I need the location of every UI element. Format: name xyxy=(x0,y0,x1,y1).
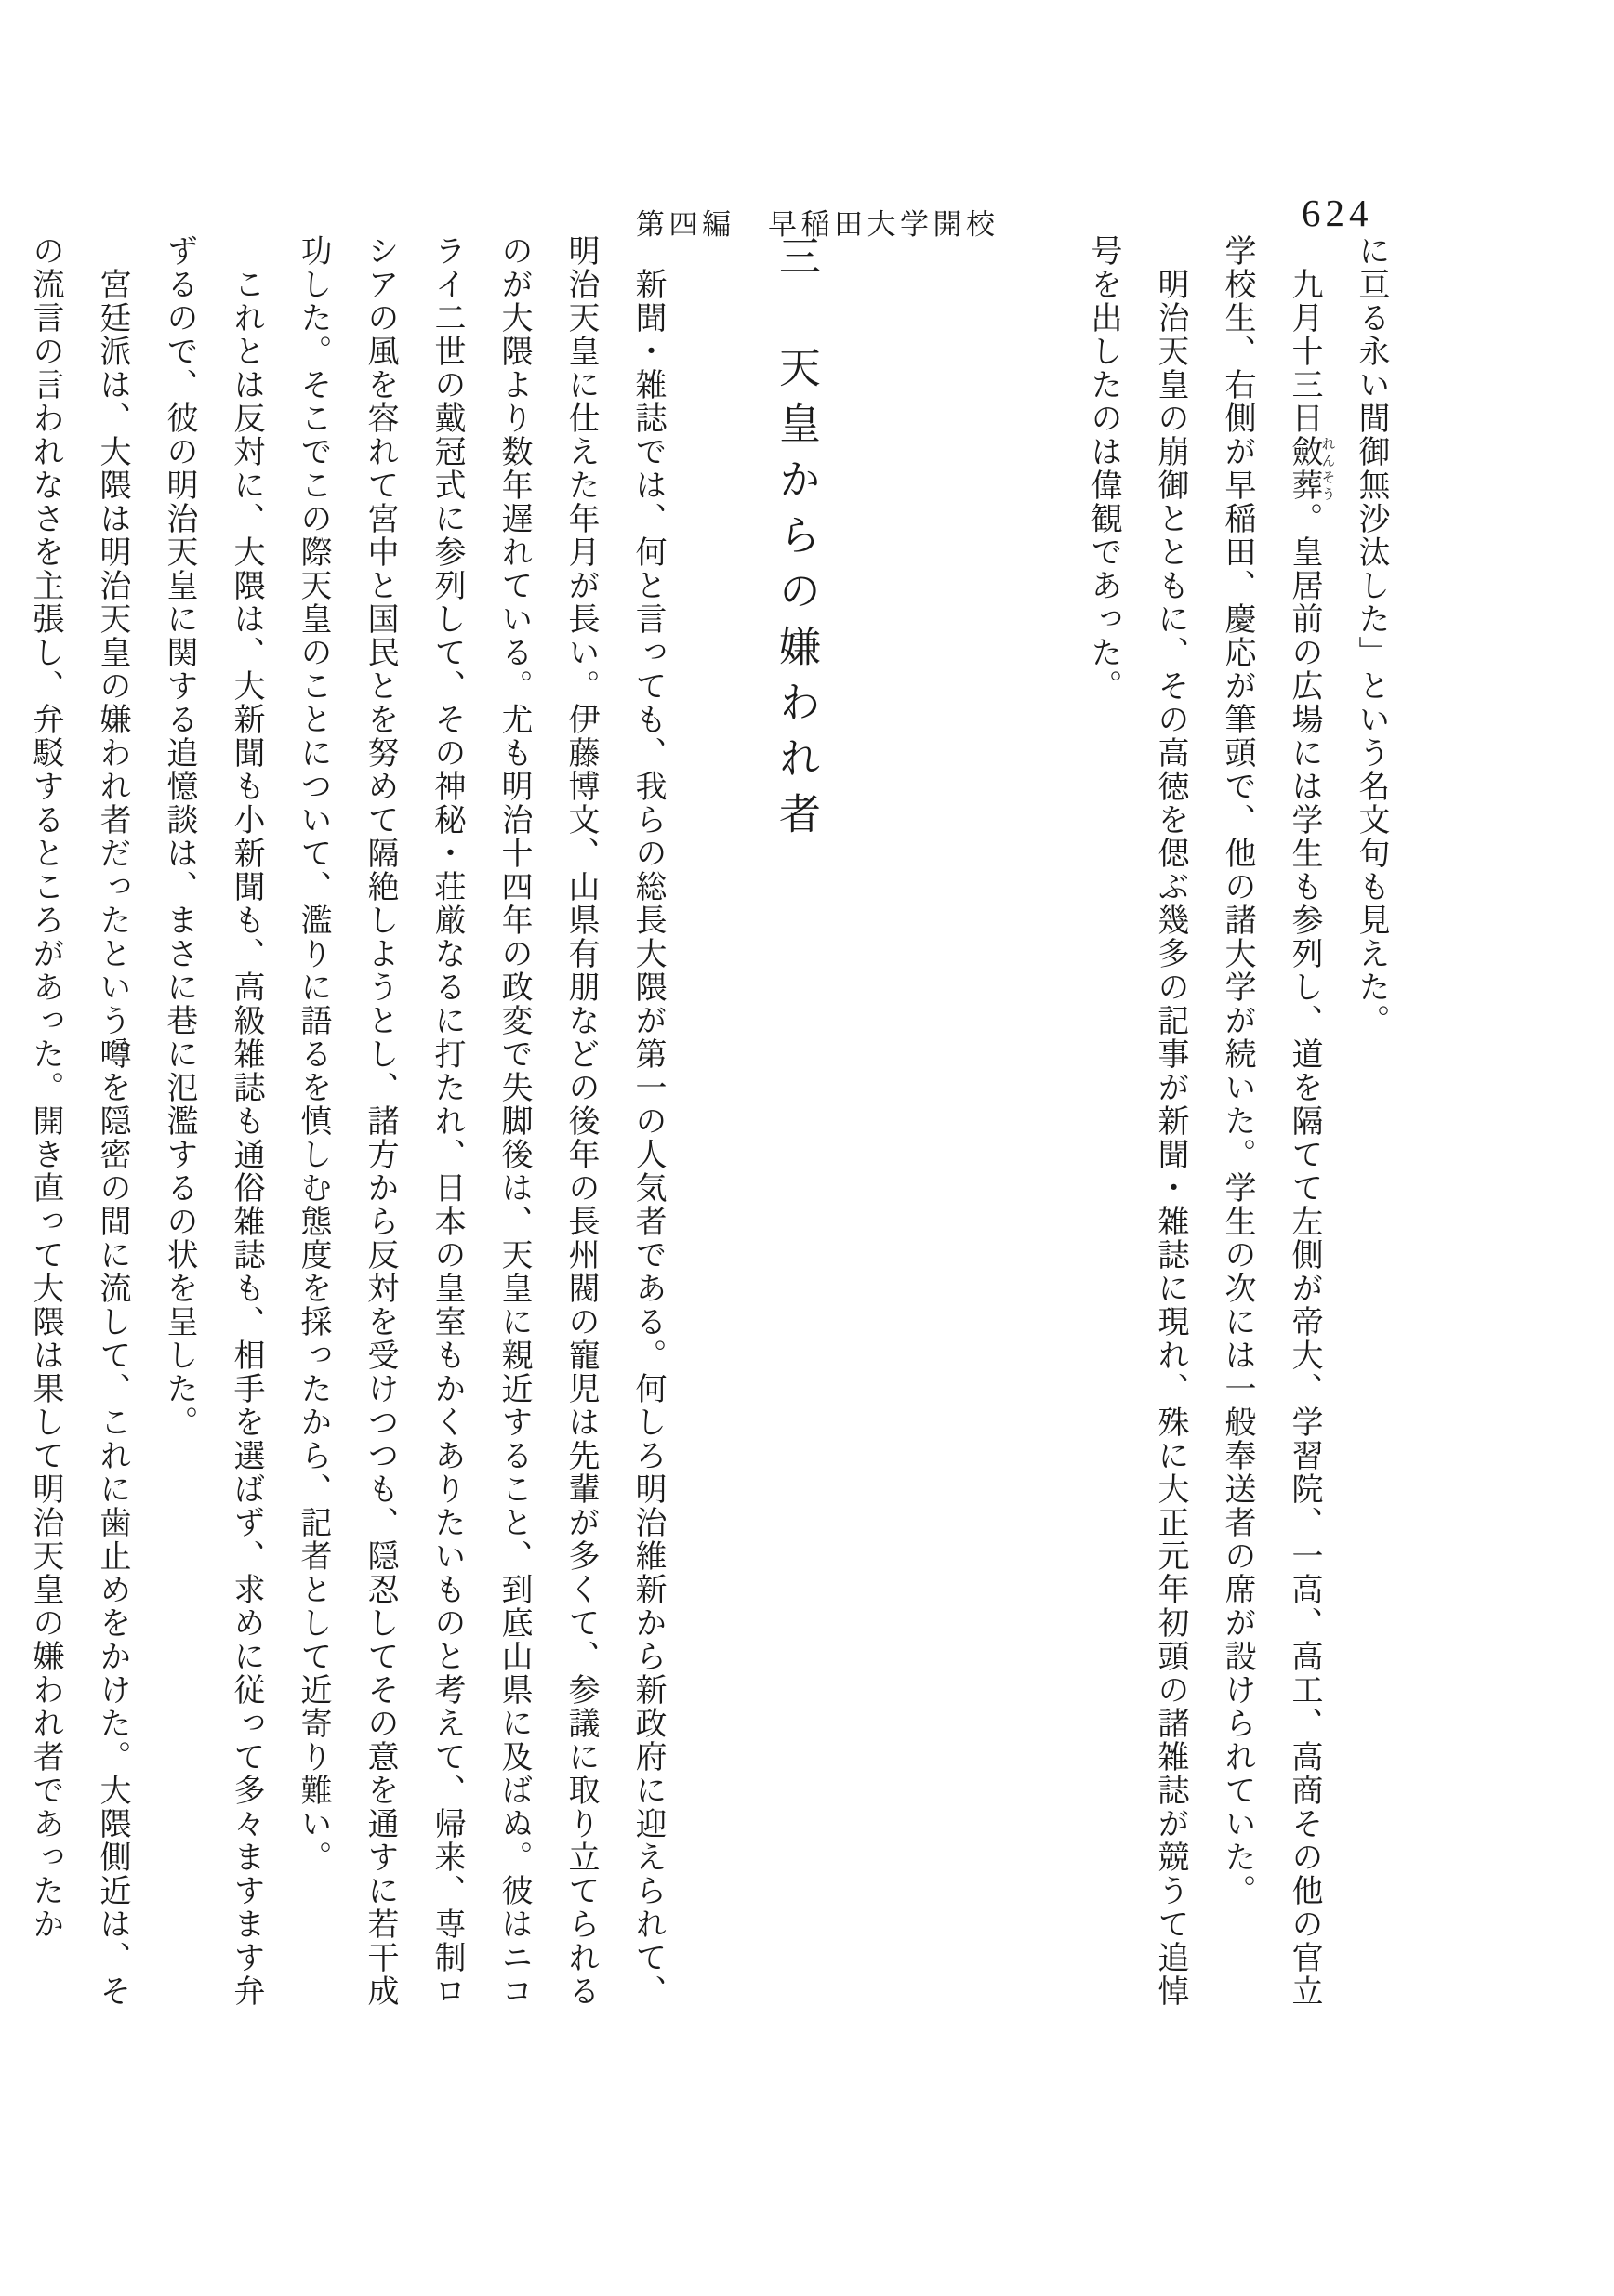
ruby-annotation: れんそう xyxy=(1320,435,1335,502)
paragraph: に亘る永い間御無沙汰した」という名文句も見えた。 xyxy=(1337,234,1404,2013)
paragraph: 新聞・雑誌では、何と言っても、我らの総長大隈が第一の人気者である。何しろ明治維新… xyxy=(279,234,681,2013)
book-page: 第四編 早稲田大学開校 624 に亘る永い間御無沙汰した」という名文句も見えた。… xyxy=(0,0,1614,2296)
page-number: 624 xyxy=(1302,191,1373,235)
paragraph: 宮廷派は、大隈は明治天皇の嫌われ者だったという噂を隠密の間に流して、これに歯止め… xyxy=(11,234,145,2013)
ruby-base: 斂葬れんそう xyxy=(1287,435,1321,502)
paragraph: 明治天皇の崩御とともに、その高徳を偲ぶ幾多の記事が新聞・雑誌に現れ、殊に大正元年… xyxy=(1069,234,1203,2013)
section-heading: 三 天皇からの嫌われ者 xyxy=(762,234,1015,2013)
paragraph: 九月十三日斂葬れんそう。皇居前の広場には学生も参列し、道を隔てて左側が帝大、学習… xyxy=(1203,234,1337,2013)
paragraph: これとは反対に、大隈は、大新聞も小新聞も、高級雑誌も通俗雑誌も、相手を選ばず、求… xyxy=(145,234,279,2013)
text-body: に亘る永い間御無沙汰した」という名文句も見えた。九月十三日斂葬れんそう。皇居前の… xyxy=(11,234,1404,2013)
